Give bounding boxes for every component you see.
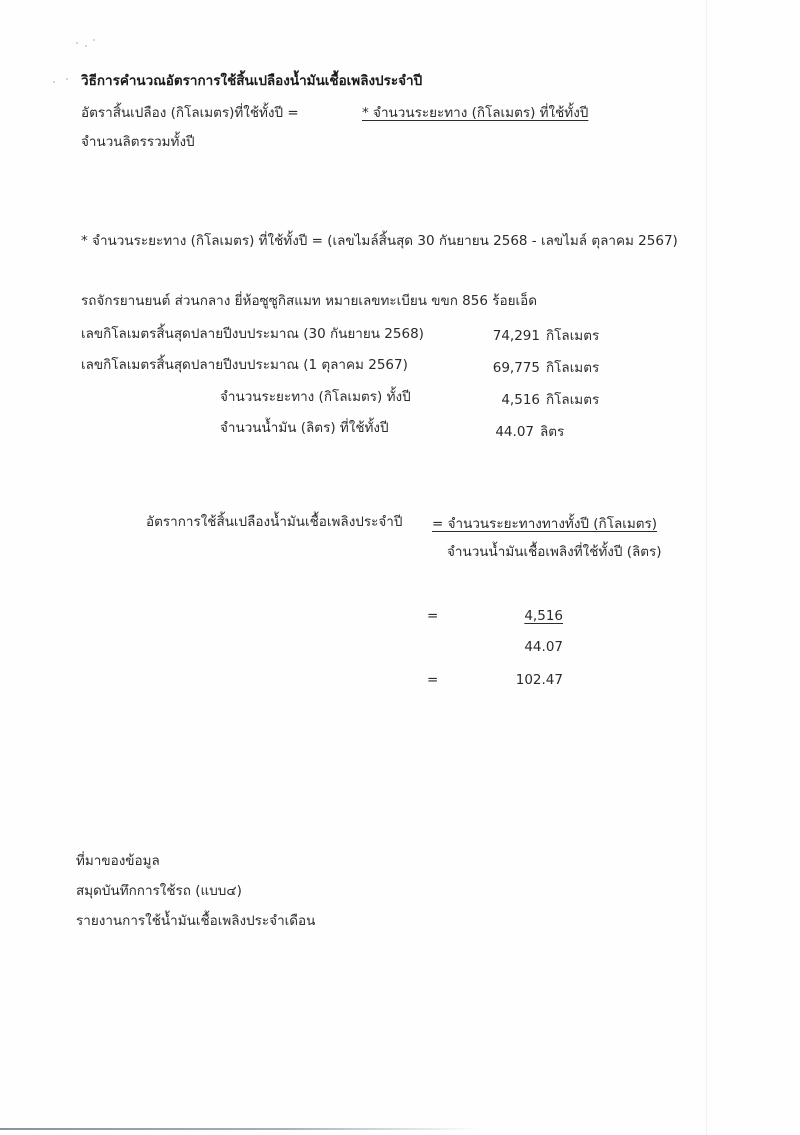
distance-total-label: จำนวนระยะทาง (กิโลเมตร) ทั้งปี — [220, 388, 411, 406]
odometer-end-label: เลขกิโลเมตรสิ้นสุดปลายปีงบประมาณ (30 กัน… — [81, 325, 424, 343]
calculation-result: 102.47 — [490, 671, 563, 689]
scan-speck — [53, 81, 55, 83]
odometer-start-label: เลขกิโลเมตรสิ้นสุดปลายปีงบประมาณ (1 ตุลา… — [81, 356, 408, 374]
calculation-denominator-value: 44.07 — [500, 638, 563, 656]
result-equals-sign: = — [427, 671, 438, 689]
distance-footnote: * จำนวนระยะทาง (กิโลเมตร) ที่ใช้ทั้งปี =… — [81, 232, 678, 250]
formula-numerator: * จำนวนระยะทาง (กิโลเมตร) ที่ใช้ทั้งปี — [362, 104, 588, 122]
calculation-formula-numerator: = จำนวนระยะทางทางทั้งปี (กิโลเมตร) — [432, 515, 657, 533]
calculation-numerator-value: 4,516 — [500, 607, 563, 625]
odometer-end-unit: กิโลเมตร — [546, 327, 599, 345]
fuel-total-label: จำนวนน้ำมัน (ลิตร) ที่ใช้ทั้งปี — [220, 419, 389, 437]
calculation-formula-denominator: จำนวนน้ำมันเชื้อเพลิงที่ใช้ทั้งปี (ลิตร) — [447, 543, 662, 561]
scan-speck — [93, 39, 95, 41]
odometer-start-value: 69,775 — [470, 359, 540, 377]
distance-total-value: 4,516 — [470, 391, 540, 409]
odometer-start-unit: กิโลเมตร — [546, 359, 599, 377]
scan-speck — [85, 45, 87, 47]
source-item: รายงานการใช้น้ำมันเชื้อเพลิงประจำเดือน — [76, 912, 315, 930]
formula-denominator: จำนวนลิตรรวมทั้งปี — [81, 133, 195, 151]
formula-lhs: อัตราสิ้นเปลือง (กิโลเมตร)ที่ใช้ทั้งปี = — [81, 104, 299, 122]
fuel-total-value: 44.07 — [470, 423, 534, 441]
document-title: วิธีการคำนวณอัตราการใช้สิ้นเปลืองน้ำมันเ… — [81, 72, 422, 90]
scan-edge — [706, 0, 707, 1135]
scan-edge — [0, 1128, 480, 1130]
vehicle-description: รถจักรยานยนต์ ส่วนกลาง ยี่ห้อซูซูกิสแมท … — [81, 292, 537, 310]
equals-sign: = — [427, 607, 438, 625]
scanned-page: วิธีการคำนวณอัตราการใช้สิ้นเปลืองน้ำมันเ… — [0, 0, 800, 1135]
source-item: สมุดบันทึกการใช้รถ (แบบ๔) — [76, 882, 242, 900]
sources-heading: ที่มาของข้อมูล — [76, 852, 160, 870]
scan-speck — [66, 78, 68, 80]
fuel-total-unit: ลิตร — [540, 423, 564, 441]
calculation-label: อัตราการใช้สิ้นเปลืองน้ำมันเชื้อเพลิงประ… — [146, 513, 402, 531]
scan-speck — [76, 42, 78, 44]
distance-total-unit: กิโลเมตร — [546, 391, 599, 409]
odometer-end-value: 74,291 — [470, 327, 540, 345]
